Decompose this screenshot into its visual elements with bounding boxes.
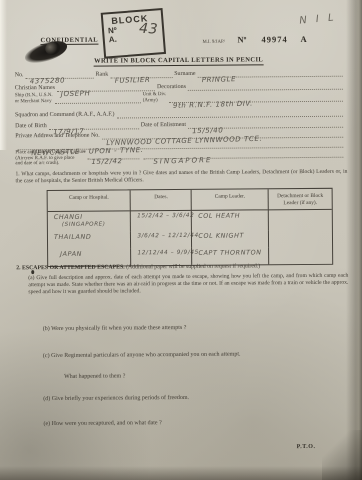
ship-label: Ship (R.N., U.S.N. or Merchant Navy: [15, 93, 53, 104]
capture-label: Place and Date of Original Capture (Airc…: [15, 150, 86, 167]
table-row-3-camp: JAPAN: [48, 248, 130, 266]
table-row-2-dates: 3/6/42 – 12/12/44: [130, 231, 191, 248]
table-row-1-leader: COL HEATH: [191, 210, 268, 231]
date-of-birth-field: 17/9/17: [49, 119, 139, 130]
table-row-3-block: [268, 247, 332, 265]
camp-table-header-dates: Dates.: [130, 190, 191, 211]
stamp-handwritten-number: 43: [139, 21, 159, 38]
pencil-nil-note: N I L: [299, 12, 337, 26]
camp-table-header-leader: Camp Leader.: [191, 189, 268, 211]
camp-table-header-camp: Camp or Hospital.: [48, 190, 131, 212]
reference-prefix: M.I. 9/JAP/: [202, 40, 225, 45]
question-2c2-text: What happened to them ?: [64, 373, 125, 380]
table-row-1-dates: 15/2/42 – 3/6/42: [130, 211, 191, 231]
table-row-2-block: [268, 230, 332, 248]
decorations-field: [188, 80, 343, 91]
reference-number: 49974: [261, 34, 287, 44]
reference-no-label: Nº: [237, 34, 246, 44]
question-1-text: 1. What camps, detachments or hospitals …: [15, 169, 347, 186]
squadron-label: Squadron and Command (R.A.F., A.A.F.): [15, 112, 115, 120]
please-turn-over: P.T.O.: [297, 444, 316, 450]
row-number-rank-surname: No. 4375280 Rank FUSILIER Surname PRINGL…: [15, 67, 345, 80]
table-row-1-camp: CHANGI (SINGAPORE): [48, 211, 131, 232]
question-2b-text: (b) Were you physically fit when you mad…: [43, 325, 187, 333]
reference-suffix: A: [300, 34, 306, 44]
number-field: 4375280: [25, 69, 93, 80]
surname-label: Surname: [174, 71, 195, 78]
block-number-stamp: BLOCK Nº A. 43: [101, 8, 166, 59]
ship-field: [55, 93, 141, 104]
rank-field: FUSILIER: [110, 68, 172, 78]
unit-div-field: 9th R.N.F. 18th DIV.: [168, 92, 343, 103]
table-row-2-leader: COL KNIGHT: [191, 230, 268, 248]
question-2e-text: (e) How were you recaptured, and on what…: [43, 420, 161, 428]
christian-names-label: Christian Names: [15, 85, 55, 92]
surname-field: PRINGLE: [197, 67, 342, 78]
christian-names-field: JOSEPH: [57, 81, 155, 92]
question-2-heading: 2. ESCAPES OR ATTEMPTED ESCAPES. (Additi…: [16, 263, 348, 272]
ink-speck: [31, 270, 34, 274]
capture-place-value: SINGAPORE: [144, 156, 213, 166]
question-2c-text: (c) Give Regimental particulars of anyon…: [43, 352, 241, 361]
capture-date-field: 15/2/42: [88, 149, 140, 159]
capture-date-value: 15/2/42: [88, 157, 123, 166]
row-capture: Place and Date of Original Capture (Airc…: [15, 148, 345, 167]
camp-table: Camp or Hospital. Dates. Camp Leader. De…: [47, 188, 334, 267]
table-row-3-leader: CAPT THORNTON: [191, 247, 268, 265]
scanned-document-page: CONFIDENTIAL BLOCK Nº A. 43 M.I. 9/JAP/ …: [0, 0, 362, 480]
rank-label: Rank: [96, 72, 109, 79]
block-capitals-instruction: WRITE IN BLOCK CAPITAL LETTERS IN PENCIL: [9, 56, 349, 66]
question-2d-text: (d) Give briefly your experiences during…: [43, 395, 189, 403]
camp-table-header-block: Detachment or Block Leader (if any).: [268, 189, 332, 211]
table-row-3-dates: 12/12/44 – 9/9/45: [130, 248, 191, 265]
unit-div-label: Unit & Div. (Army): [143, 92, 167, 103]
capture-place-field: SINGAPORE: [144, 148, 344, 160]
table-row-1-block: [268, 210, 332, 231]
question-2a-text: (a) Give full description and approx. da…: [28, 273, 348, 297]
squadron-field: [117, 107, 344, 119]
number-label: No.: [15, 72, 24, 79]
question-2-heading-rest: (Additional paper will be supplied on re…: [125, 263, 261, 270]
table-row-2-camp: THAILAND: [48, 231, 130, 249]
decorations-label: Decorations: [157, 84, 186, 91]
row-ship-unit: Ship (R.N., U.S.N. or Merchant Navy Unit…: [15, 91, 345, 105]
